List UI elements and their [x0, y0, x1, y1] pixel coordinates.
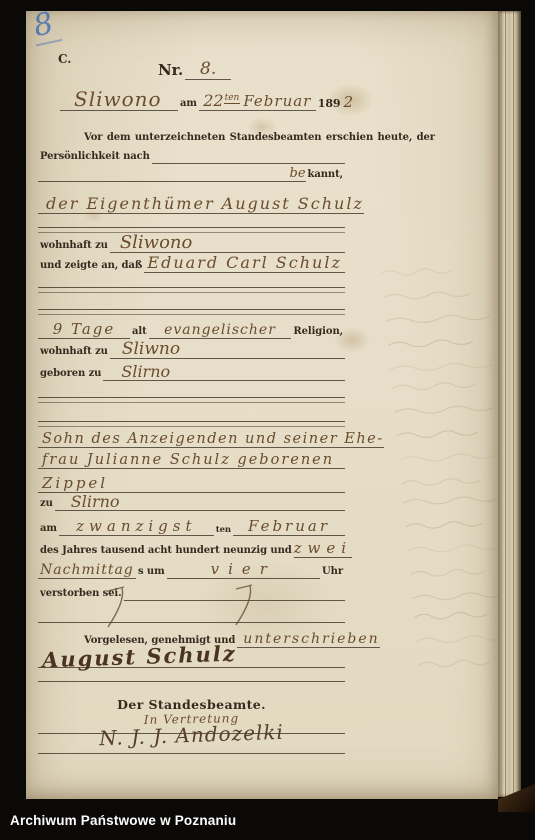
wohnhaft-label: wohnhaft zu	[38, 347, 110, 359]
void-stroke-marks	[38, 583, 345, 631]
death-year-line: des Jahres tausend acht hundert neunzig …	[38, 536, 345, 558]
month-value: Februar	[240, 94, 311, 110]
day-suffix: ten	[224, 94, 241, 104]
death-place-value: Slirno	[55, 494, 136, 511]
death-time-line: Nachmittag s um vier Uhr	[38, 557, 345, 579]
page-edge-crease	[513, 11, 514, 797]
deceased-name: Eduard Carl Schulz	[144, 255, 345, 273]
declarant-name: der Eigenthümer August Schulz	[38, 196, 364, 214]
kannt-label: kannt,	[306, 170, 345, 182]
residence-line-1: wohnhaft zu Sliwono	[38, 231, 345, 253]
year-printed: 189	[316, 98, 343, 111]
uhr-label: Uhr	[320, 567, 345, 579]
parentage-line-1: Sohn des Anzeigenden und seiner Ehe-	[38, 426, 345, 448]
date-value: 22 ten Februar	[199, 93, 316, 111]
register-page: 8 C. Nr. 8. Sliwono am 22 ten Februar 18…	[26, 11, 498, 799]
am-label: am	[178, 99, 199, 111]
archive-watermark-label: Archiwum Państwowe w Poznaniu	[10, 813, 236, 828]
ruled-line	[38, 309, 345, 315]
page-edge-crease	[505, 11, 506, 797]
parentage-text: frau Julianne Schulz geborenen	[38, 453, 345, 470]
scanned-register-photo: 8 C. Nr. 8. Sliwono am 22 ten Februar 18…	[0, 0, 535, 840]
place-date-line: Sliwono am 22 ten Februar 189 2	[60, 89, 356, 111]
hour-value: vier	[167, 562, 320, 579]
bleed-through-writing	[377, 260, 513, 695]
year-word-value: zwei	[294, 541, 352, 558]
declarant-line: der Eigenthümer August Schulz	[38, 192, 345, 214]
ruled-line	[38, 287, 345, 293]
unterschrieben-written: unterschrieben	[237, 632, 379, 648]
s-um-label: s um	[136, 567, 167, 579]
zeigte-label: und zeigte an, daß	[38, 261, 144, 273]
ruled-line	[136, 510, 345, 511]
parentage-text: Sohn des Anzeigenden und seiner Ehe-	[38, 432, 384, 449]
place-value: Sliwono	[60, 89, 178, 111]
nr-label: Nr.	[156, 63, 185, 80]
bekannt-line: be kannt,	[38, 160, 345, 182]
ruled-line	[38, 667, 345, 668]
birthplace-value: Slirno	[103, 364, 188, 381]
death-month-value: Februar	[233, 519, 345, 536]
geboren-label: geboren zu	[38, 369, 103, 381]
book-page-edges	[498, 11, 521, 797]
form-letter-c: C.	[56, 53, 73, 67]
day-value: 22	[203, 93, 223, 110]
record-number-value: 8.	[185, 61, 231, 80]
residence-value: Sliwno	[110, 341, 192, 359]
death-day-line: am zwanzigst ten Februar	[38, 514, 345, 536]
ruled-line	[38, 753, 345, 754]
deceased-line: und zeigte an, daß Eduard Carl Schulz	[38, 251, 345, 273]
record-number-line: Nr. 8.	[156, 61, 231, 80]
ten-label: ten	[214, 526, 233, 537]
age-religion-line: 9 Tage alt evangelischer Religion,	[38, 317, 345, 339]
ruled-line	[38, 681, 345, 682]
blue-crayon-page-number: 8	[28, 5, 62, 47]
parentage-line-2: frau Julianne Schulz geborenen	[38, 447, 345, 469]
am-label: am	[38, 524, 59, 536]
death-day-value: zwanzigst	[59, 519, 214, 536]
daytime-value: Nachmittag	[38, 563, 136, 579]
birthplace-line: geboren zu Slirno	[38, 359, 345, 381]
ruled-line	[38, 181, 290, 182]
residence-line-2: wohnhaft zu Sliwno	[38, 337, 345, 359]
zu-label: zu	[38, 499, 55, 511]
be-written: be	[290, 167, 306, 182]
death-place-line: zu Slirno	[38, 489, 345, 511]
ruled-line	[38, 397, 345, 403]
year-written-digit: 2	[342, 95, 356, 111]
ruled-line	[188, 380, 345, 381]
